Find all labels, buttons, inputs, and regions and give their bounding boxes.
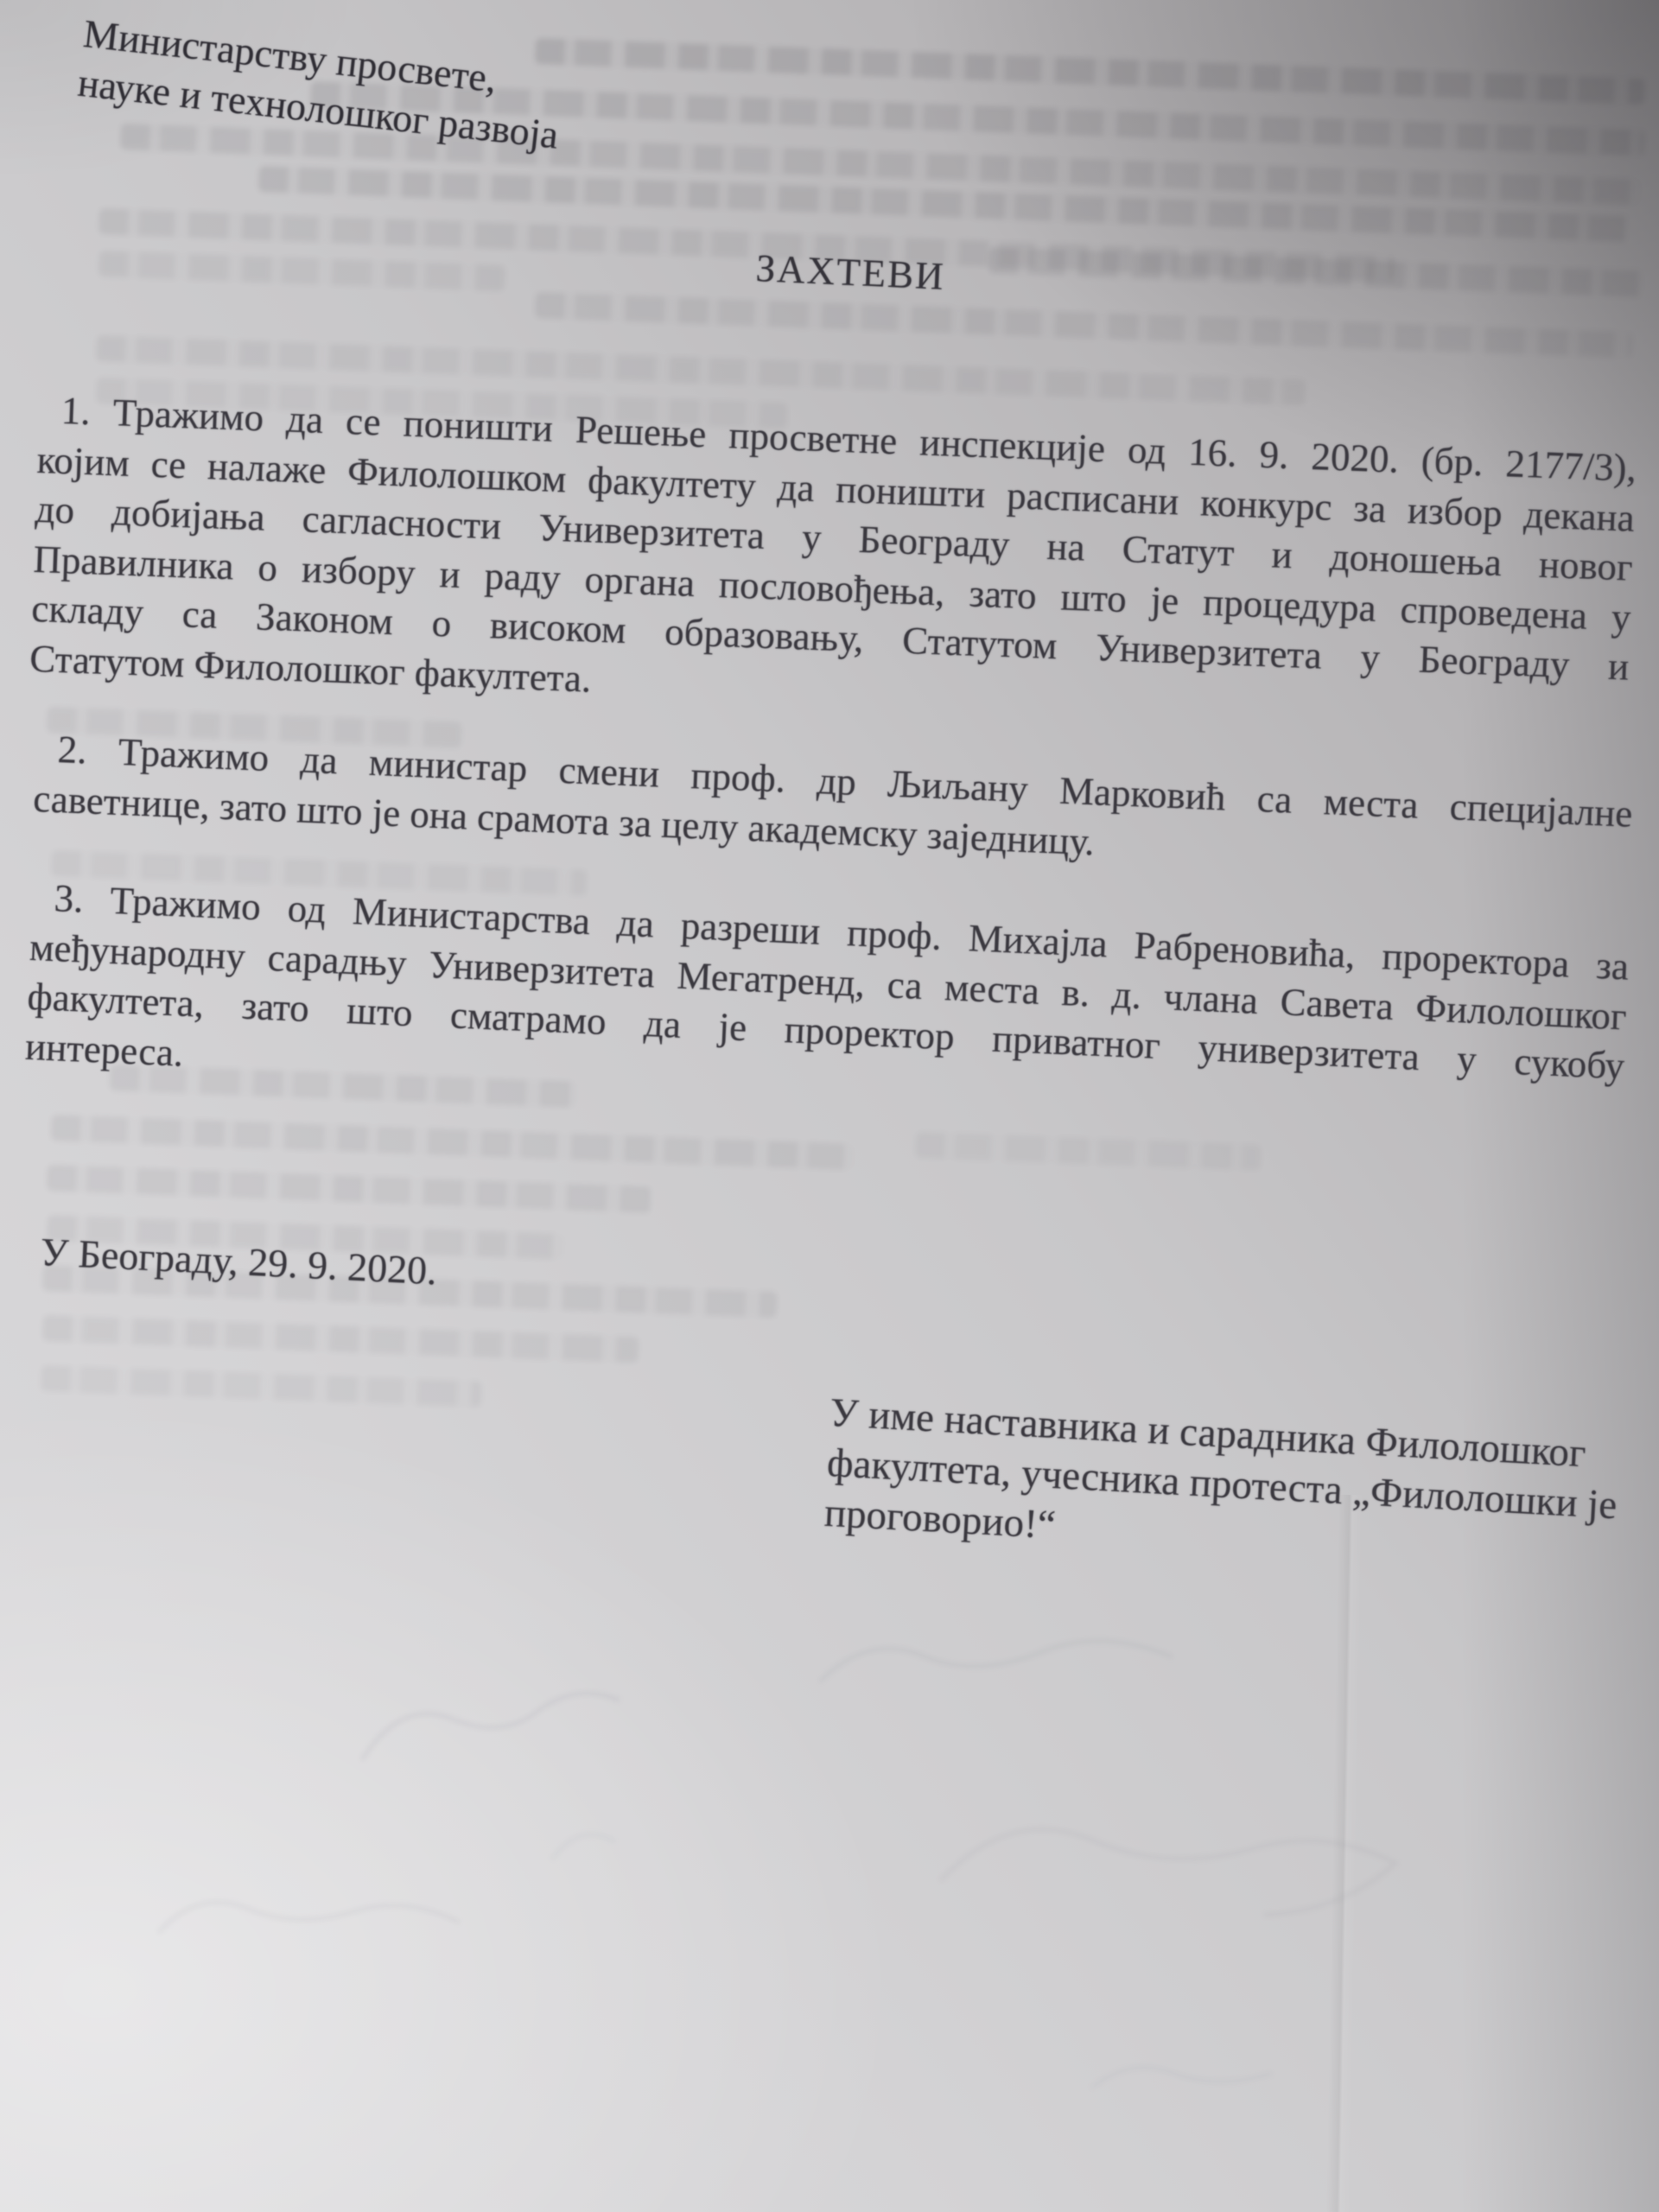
document-title: ЗАХТЕВИ — [755, 245, 946, 299]
paragraph-2: 2. Тражимо да министар смени проф. др Љи… — [32, 724, 1633, 889]
date-place-line: У Београду, 29. 9. 2020. — [39, 1229, 438, 1294]
recipient-address: Министарству просвете, науке и технолошк… — [75, 9, 739, 179]
paragraph-3: 3. Тражимо од Министарства да разреши пр… — [24, 873, 1630, 1141]
signature-block: У име наставника и сарадника Филолошког … — [823, 1388, 1643, 1582]
document-content: Министарству просвете, науке и технолошк… — [0, 0, 1659, 2212]
paragraph-1: 1. Тражимо да се поништи Решење просветн… — [29, 385, 1637, 742]
document-photo: Министарству просвете, науке и технолошк… — [0, 0, 1659, 2212]
